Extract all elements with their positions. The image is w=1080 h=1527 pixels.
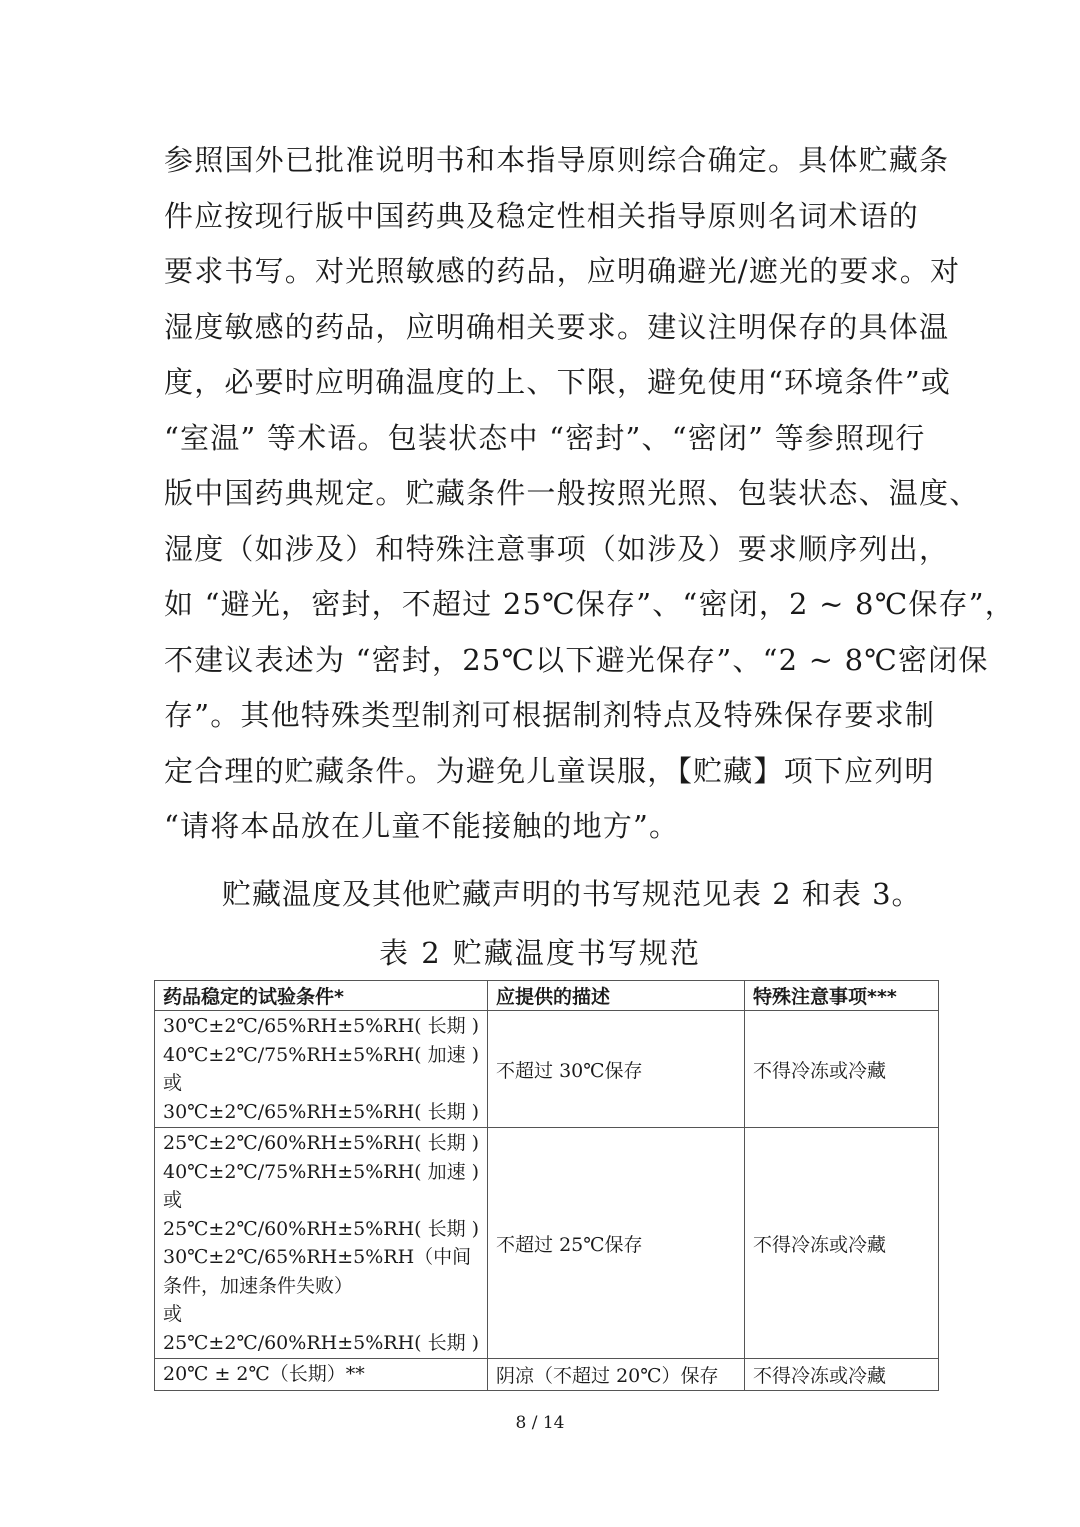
paragraph-line: 不建议表述为 “密封，25℃以下避光保存”、“2 ~ 8℃密闭保 [164, 633, 916, 689]
condition-line: 25℃±2℃/60%RH±5%RH( 长期 ) [163, 1329, 479, 1358]
condition-line: 40℃±2℃/75%RH±5%RH( 加速 ) [163, 1158, 479, 1187]
condition-line: 25℃±2℃/60%RH±5%RH( 长期 ) [163, 1129, 479, 1158]
condition-line: 20℃ ± 2℃（长期）** [163, 1360, 479, 1389]
cell-special: 不得冷冻或冷藏 [745, 1011, 939, 1128]
paragraph-line: 存”。其他特殊类型制剂可根据制剂特点及特殊保存要求制 [164, 688, 916, 744]
cell-conditions: 30℃±2℃/65%RH±5%RH( 长期 ) 40℃±2℃/75%RH±5%R… [155, 1011, 488, 1128]
paragraph-line: 件应按现行版中国药典及稳定性相关指导原则名词术语的 [164, 189, 916, 245]
header-test-conditions: 药品稳定的试验条件* [155, 981, 488, 1011]
table-header-row: 药品稳定的试验条件* 应提供的描述 特殊注意事项*** [155, 981, 939, 1011]
header-description: 应提供的描述 [488, 981, 745, 1011]
table-row: 25℃±2℃/60%RH±5%RH( 长期 ) 40℃±2℃/75%RH±5%R… [155, 1128, 939, 1359]
document-page: 参照国外已批准说明书和本指导原则综合确定。具体贮藏条 件应按现行版中国药典及稳定… [0, 0, 1080, 1527]
paragraph-line: 度，必要时应明确温度的上、下限，避免使用“环境条件”或 [164, 355, 916, 411]
paragraph-line: 如 “避光，密封，不超过 25℃保存”、“密闭，2 ~ 8℃保存”， [164, 577, 916, 633]
cell-conditions: 25℃±2℃/60%RH±5%RH( 长期 ) 40℃±2℃/75%RH±5%R… [155, 1128, 488, 1359]
header-special-notes: 特殊注意事项*** [745, 981, 939, 1011]
condition-line: 或 [163, 1186, 479, 1215]
table-caption: 表 2 贮藏温度书写规范 [0, 931, 1080, 972]
condition-line: 25℃±2℃/60%RH±5%RH( 长期 ) [163, 1215, 479, 1244]
condition-line: 或 [163, 1069, 479, 1098]
table-row: 20℃ ± 2℃（长期）** 阴凉（不超过 20℃）保存 不得冷冻或冷藏 [155, 1359, 939, 1391]
paragraph-line: 版中国药典规定。贮藏条件一般按照光照、包装状态、温度、 [164, 466, 916, 522]
body-paragraph: 参照国外已批准说明书和本指导原则综合确定。具体贮藏条 件应按现行版中国药典及稳定… [164, 133, 916, 855]
condition-line: 条件，加速条件失败） [163, 1272, 479, 1301]
cell-description: 不超过 30℃保存 [488, 1011, 745, 1128]
condition-line: 30℃±2℃/65%RH±5%RH（中间 [163, 1243, 479, 1272]
paragraph-line: 湿度敏感的药品，应明确相关要求。建议注明保存的具体温 [164, 300, 916, 356]
paragraph-line: “请将本品放在儿童不能接触的地方”。 [164, 799, 916, 855]
storage-temperature-table: 药品稳定的试验条件* 应提供的描述 特殊注意事项*** 30℃±2℃/65%RH… [154, 980, 939, 1391]
condition-line: 40℃±2℃/75%RH±5%RH( 加速 ) [163, 1041, 479, 1070]
condition-line: 30℃±2℃/65%RH±5%RH( 长期 ) [163, 1012, 479, 1041]
paragraph-line: 定合理的贮藏条件。为避免儿童误服，【贮藏】项下应列明 [164, 744, 916, 800]
table-row: 30℃±2℃/65%RH±5%RH( 长期 ) 40℃±2℃/75%RH±5%R… [155, 1011, 939, 1128]
table-reference-sentence: 贮藏温度及其他贮藏声明的书写规范见表 2 和表 3。 [222, 872, 922, 913]
paragraph-line: “室温” 等术语。包装状态中 “密封”、“密闭” 等参照现行 [164, 411, 916, 467]
paragraph-line: 要求书写。对光照敏感的药品，应明确避光/遮光的要求。对 [164, 244, 916, 300]
page-number: 8 / 14 [0, 1413, 1080, 1433]
paragraph-line: 参照国外已批准说明书和本指导原则综合确定。具体贮藏条 [164, 133, 916, 189]
paragraph-line: 湿度（如涉及）和特殊注意事项（如涉及）要求顺序列出， [164, 522, 916, 578]
condition-line: 或 [163, 1300, 479, 1329]
cell-conditions: 20℃ ± 2℃（长期）** [155, 1359, 488, 1391]
cell-special: 不得冷冻或冷藏 [745, 1359, 939, 1391]
cell-description: 不超过 25℃保存 [488, 1128, 745, 1359]
cell-description: 阴凉（不超过 20℃）保存 [488, 1359, 745, 1391]
condition-line: 30℃±2℃/65%RH±5%RH( 长期 ) [163, 1098, 479, 1127]
cell-special: 不得冷冻或冷藏 [745, 1128, 939, 1359]
